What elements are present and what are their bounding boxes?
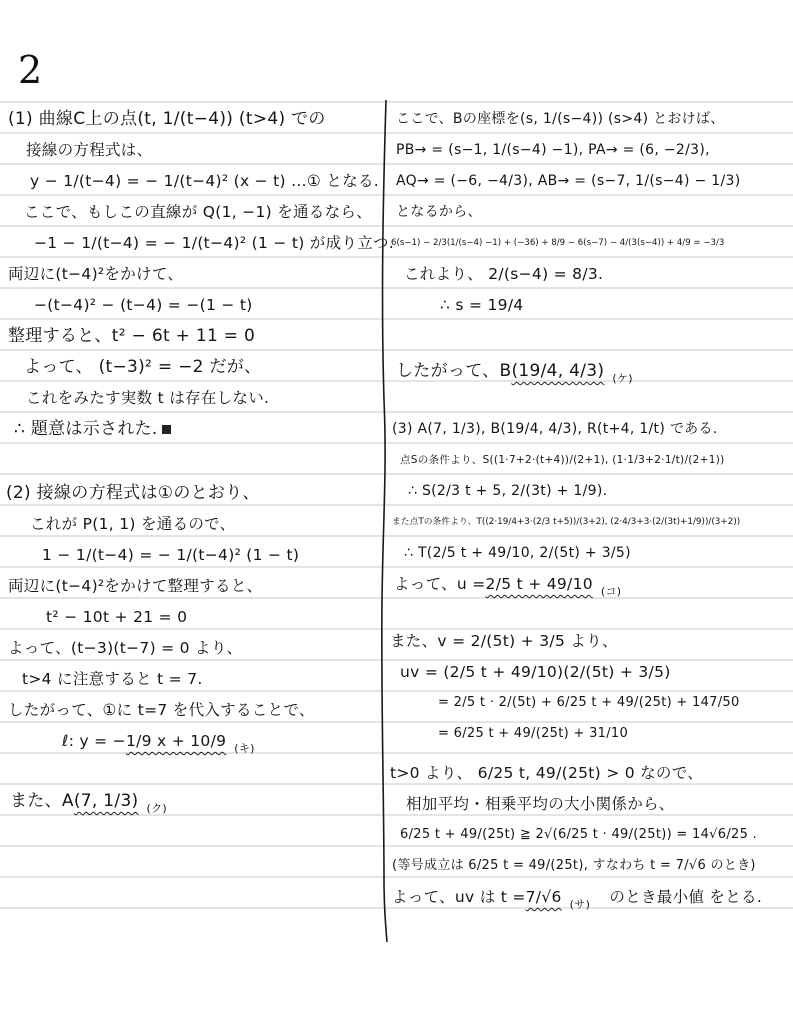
part3-line-15: よって、uv は t =7/√6(サ) のとき最小値 をとる.	[392, 886, 762, 916]
part2-line-2: これが P(1, 1) を通るので、	[30, 513, 235, 535]
part2-line-1: (2) 接線の方程式は①のとおり、	[6, 482, 260, 504]
part1-conclusion: ∴ 題意は示された.	[14, 418, 171, 440]
part1-line-5: −1 − 1/(t−4) = − 1/(t−4)² (1 − t) が成り立つ.	[34, 232, 394, 254]
answer-ki-label: (キ)	[234, 742, 254, 755]
part3-line-5: ∴ T(2/5 t + 49/10, 2/(5t) + 3/5)	[404, 542, 631, 564]
part1-line-11: ∴ 題意は示された.	[14, 419, 158, 439]
part1-line-3: y − 1/(t−4) = − 1/(t−4)² (x − t) …① となる.	[30, 170, 379, 192]
part1-line-9: よって、 (t−3)² = −2 だが、	[24, 356, 261, 378]
part2-line-4: 両辺に(t−4)²をかけて整理すると、	[8, 575, 262, 597]
part2-line-5: t² − 10t + 21 = 0	[46, 606, 187, 628]
part3-line-10: = 6/25 t + 49/(25t) + 31/10	[438, 723, 628, 745]
part3-line-14: (等号成立は 6/25 t = 49/(25t), すなわち t = 7/√6 …	[392, 855, 756, 877]
part3-line-12: 相加平均・相乗平均の大小関係から、	[406, 793, 675, 815]
part3-line-8: uv = (2/5 t + 49/10)(2/(5t) + 3/5)	[400, 661, 671, 683]
part2c-line-6: これより、 2/(s−4) = 8/3.	[404, 263, 603, 285]
part3-line-16: のとき最小値 をとる.	[609, 888, 762, 906]
answer-ku-label: (ク)	[147, 802, 167, 815]
part3-line-4: また点Tの条件より、T((2·19/4+3·(2/3 t+5))/(3+2), …	[392, 511, 740, 533]
part2c-line-8: したがって、B(19/4, 4/3)(ケ)	[396, 360, 633, 390]
notebook-page: 2 (1) 曲線C上の点(t, 1/(t−4)) (t>4) での 接線の方程式…	[0, 0, 793, 1024]
part2c-line-4: となるから、	[396, 201, 482, 223]
part3-line-1: (3) A(7, 1/3), B(19/4, 4/3), R(t+4, 1/t)…	[392, 418, 718, 440]
part3-line-3: ∴ S(2/3 t + 5, 2/(3t) + 1/9).	[408, 480, 607, 502]
part2c-line-5: 6(s−1) − 2/3(1/(s−4) −1) + (−36) + 8/9 −…	[391, 232, 724, 254]
part1-line-1: (1) 曲線C上の点(t, 1/(t−4)) (t>4) での	[8, 108, 326, 130]
part2-line-3: 1 − 1/(t−4) = − 1/(t−4)² (1 − t)	[42, 544, 299, 566]
part3-line-13: 6/25 t + 49/(25t) ≧ 2√(6/25 t · 49/(25t)…	[400, 824, 757, 846]
part1-line-4: ここで、もしこの直線が Q(1, −1) を通るなら、	[24, 201, 372, 223]
answer-ko-label: (コ)	[601, 585, 621, 598]
part3-line-9: = 2/5 t · 2/(5t) + 6/25 t + 49/(25t) + 1…	[438, 692, 740, 714]
answer-ki: 1/9 x + 10/9	[126, 732, 226, 750]
part2c-line-1: ここで、Bの座標を(s, 1/(s−4)) (s>4) とおけば、	[396, 108, 725, 130]
part2-line-6: よって、(t−3)(t−7) = 0 より、	[8, 637, 242, 659]
part1-line-7: −(t−4)² − (t−4) = −(1 − t)	[34, 294, 253, 316]
qed-mark-icon	[162, 425, 171, 434]
part2c-line-7: ∴ s = 19/4	[440, 294, 524, 316]
part3-line-6: よって、u =2/5 t + 49/10(コ)	[394, 573, 621, 603]
part1-line-8: 整理すると、t² − 6t + 11 = 0	[8, 325, 255, 347]
answer-ke-label: (ケ)	[612, 372, 632, 385]
part3-line-7: また、v = 2/(5t) + 3/5 より、	[390, 630, 618, 652]
part2-line-8: したがって、①に t=7 を代入することで、	[8, 699, 315, 721]
part2c-line-3: AQ→ = (−6, −4/3), AB→ = (s−7, 1/(s−4) − …	[396, 170, 740, 192]
part1-line-6: 両辺に(t−4)²をかけて、	[8, 263, 183, 285]
problem-number: 2	[18, 48, 42, 92]
answer-ku: (7, 1/3)	[74, 791, 139, 811]
part3-line-2: 点Sの条件より、S((1·7+2·(t+4))/(2+1), (1·1/3+2·…	[400, 449, 725, 471]
part1-line-10: これをみたす実数 t は存在しない.	[26, 387, 269, 409]
answer-ke: (19/4, 4/3)	[511, 361, 604, 381]
part2c-line-2: PB→ = (s−1, 1/(s−4) −1), PA→ = (6, −2/3)…	[396, 139, 710, 161]
answer-sa-label: (サ)	[570, 898, 590, 911]
answer-ko: 2/5 t + 49/10	[486, 575, 593, 593]
part1-line-2: 接線の方程式は、	[26, 139, 152, 161]
part2-line-9: ℓ: y = −1/9 x + 10/9(キ)	[62, 730, 255, 760]
answer-sa: 7/√6	[526, 888, 562, 906]
part2-line-7: t>4 に注意すると t = 7.	[22, 668, 203, 690]
part3-line-11: t>0 より、 6/25 t, 49/(25t) > 0 なので、	[390, 762, 703, 784]
part2-line-10: また、A(7, 1/3)(ク)	[10, 790, 167, 820]
